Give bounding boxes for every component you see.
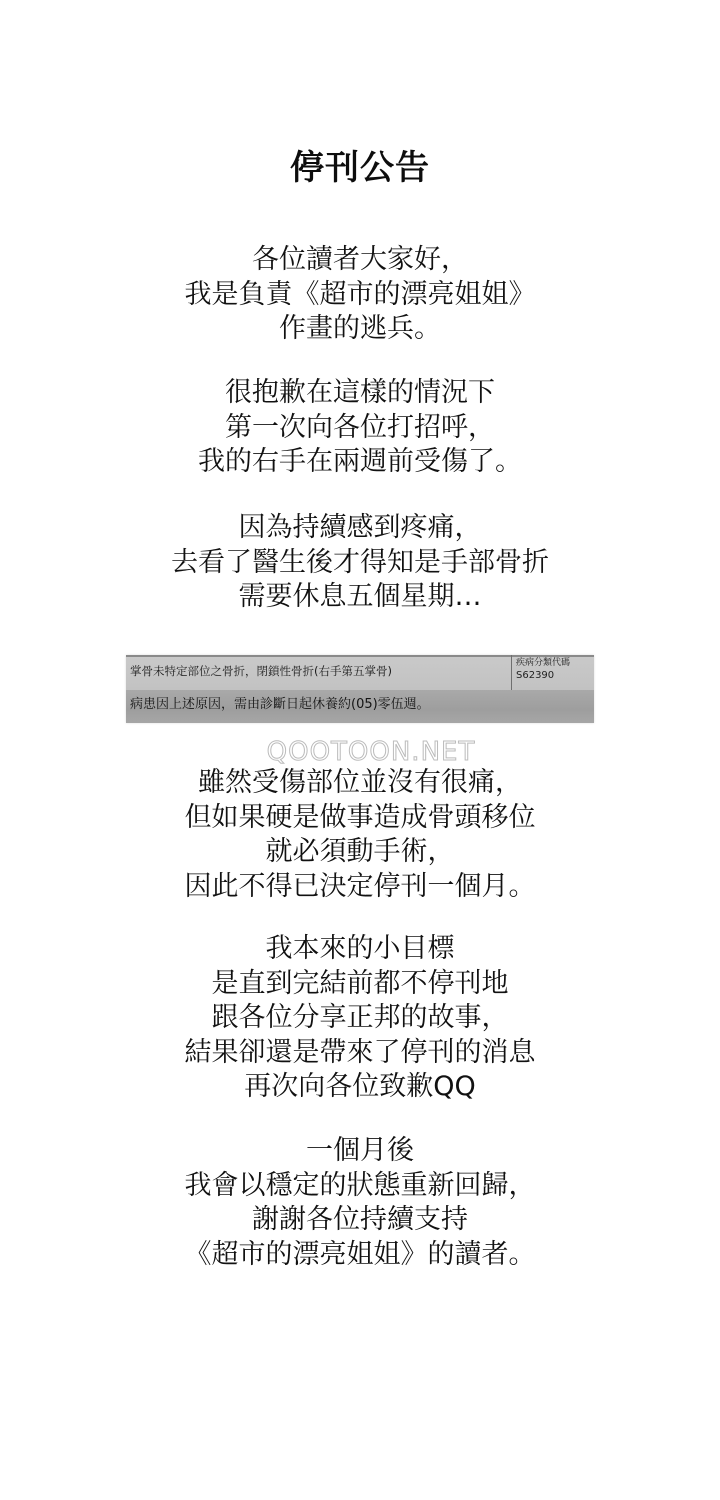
notice-paragraph-decision: 雖然受傷部位並沒有很痛， 但如果硬是做事造成骨頭移位 就必須動手術， 因此不得已…	[0, 766, 720, 904]
notice-paragraph-apology: 我本來的小目標 是直到完結前都不停刊地 跟各位分享正邦的故事， 結果卻還是帶來了…	[0, 932, 720, 1105]
text-line: 就必須動手術，	[0, 835, 720, 870]
notice-paragraph-diagnosis: 因為持續感到疼痛， 去看了醫生後才得知是手部骨折 需要休息五個星期…	[0, 511, 720, 615]
text-line: 跟各位分享正邦的故事，	[0, 1001, 720, 1036]
certificate-diagnosis-text: 掌骨未特定部位之骨折，閉鎖性骨折(右手第五掌骨)	[130, 664, 392, 678]
text-line: 結果卻還是帶來了停刊的消息	[0, 1036, 720, 1071]
text-line: 雖然受傷部位並沒有很痛，	[0, 766, 720, 801]
text-line: 是直到完結前都不停刊地	[0, 967, 720, 1002]
notice-paragraph-injury: 很抱歉在這樣的情況下 第一次向各位打招呼， 我的右手在兩週前受傷了。	[0, 376, 720, 480]
text-line: 第一次向各位打招呼，	[0, 411, 720, 446]
notice-paragraph-greeting: 各位讀者大家好， 我是負責《超市的漂亮姐姐》 作畫的逃兵。	[0, 243, 720, 347]
text-line: 去看了醫生後才得知是手部骨折	[0, 546, 720, 581]
text-line: 因為持續感到疼痛，	[0, 511, 720, 546]
text-line: 需要休息五個星期…	[0, 580, 720, 615]
certificate-divider	[511, 655, 512, 690]
site-watermark: QOOTOON.NET	[236, 738, 506, 766]
text-line: 我會以穩定的狀態重新回歸，	[0, 1169, 720, 1204]
notice-paragraph-return: 一個月後 我會以穩定的狀態重新回歸， 謝謝各位持續支持 《超市的漂亮姐姐》的讀者…	[0, 1134, 720, 1272]
notice-title: 停刊公告	[0, 146, 720, 190]
text-line: 我是負責《超市的漂亮姐姐》	[0, 278, 720, 313]
suspension-notice-page: 停刊公告 各位讀者大家好， 我是負責《超市的漂亮姐姐》 作畫的逃兵。 很抱歉在這…	[0, 0, 720, 1500]
certificate-code-label: 疾病分類代碼	[516, 658, 570, 669]
certificate-code-value: S62390	[516, 670, 554, 682]
text-line: 很抱歉在這樣的情況下	[0, 376, 720, 411]
text-line: 再次向各位致歉QQ	[0, 1070, 720, 1105]
text-line: 謝謝各位持續支持	[0, 1203, 720, 1238]
text-line: 各位讀者大家好，	[0, 243, 720, 278]
text-line: 因此不得已決定停刊一個月。	[0, 870, 720, 905]
text-line: 一個月後	[0, 1134, 720, 1169]
text-line: 我的右手在兩週前受傷了。	[0, 445, 720, 480]
text-line: 我本來的小目標	[0, 932, 720, 967]
certificate-rest-note: 病患因上述原因，需由診斷日起休養約(05)零伍週。	[130, 697, 430, 713]
text-line: 但如果硬是做事造成骨頭移位	[0, 801, 720, 836]
text-line: 《超市的漂亮姐姐》的讀者。	[0, 1238, 720, 1273]
text-line: 作畫的逃兵。	[0, 312, 720, 347]
medical-certificate-photo: 掌骨未特定部位之骨折，閉鎖性骨折(右手第五掌骨) 疾病分類代碼 S62390 病…	[126, 655, 594, 723]
